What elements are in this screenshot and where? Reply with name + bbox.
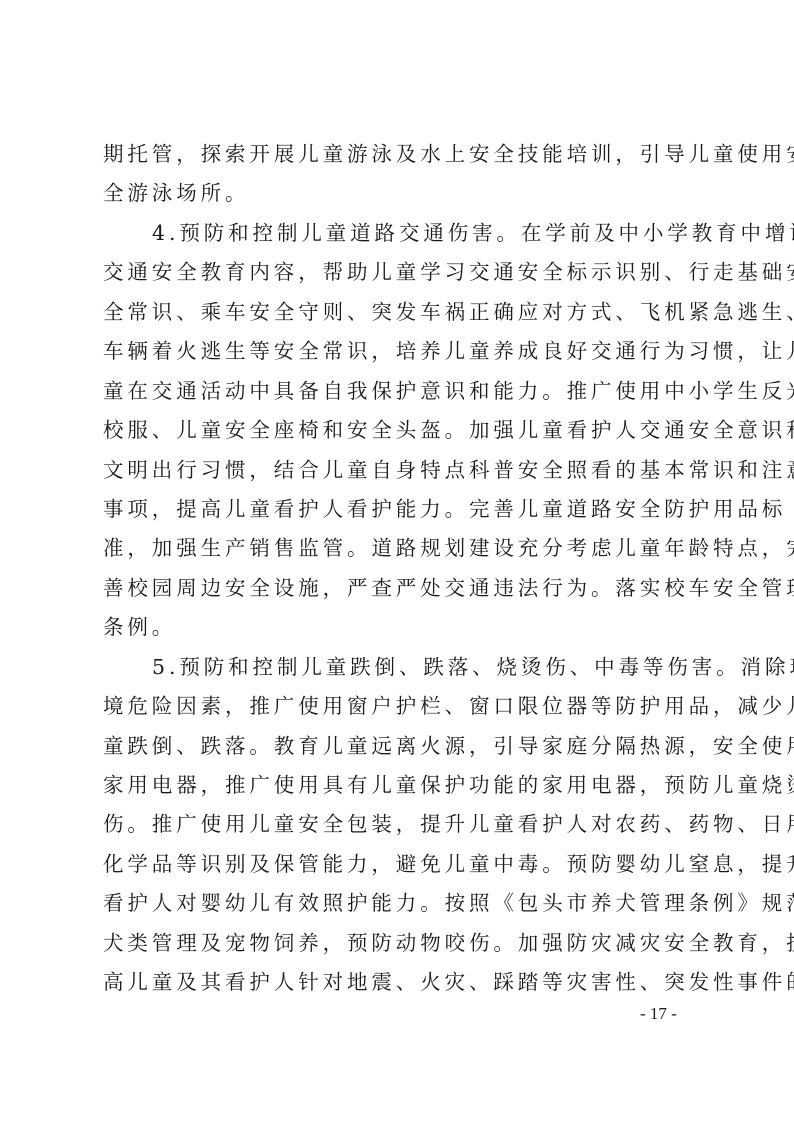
text-line: 高儿童及其看护人针对地震、火灾、踩踏等灾害性、突发性事件的 xyxy=(103,963,693,1002)
text-line: 童在交通活动中具备自我保护意识和能力。推广使用中小学生反光 xyxy=(103,372,693,411)
text-line: 车辆着火逃生等安全常识，培养儿童养成良好交通行为习惯，让儿 xyxy=(103,332,693,371)
text-line: 善校园周边安全设施，严查严处交通违法行为。落实校车安全管理 xyxy=(103,569,693,608)
text-line: 交通安全教育内容，帮助儿童学习交通安全标示识别、行走基础安 xyxy=(103,253,693,292)
text-line: 期托管，探索开展儿童游泳及水上安全技能培训，引导儿童使用安 xyxy=(103,135,693,174)
text-line: 条例。 xyxy=(103,608,693,647)
section-heading-line: 4.预防和控制儿童道路交通伤害。在学前及中小学教育中增设 xyxy=(103,214,693,253)
text-line: 全游泳场所。 xyxy=(103,174,693,213)
text-line: 校服、儿童安全座椅和安全头盔。加强儿童看护人交通安全意识和 xyxy=(103,411,693,450)
text-line: 犬类管理及宠物饲养，预防动物咬伤。加强防灾减灾安全教育，提 xyxy=(103,924,693,963)
text-line: 境危险因素，推广使用窗户护栏、窗口限位器等防护用品，减少儿 xyxy=(103,687,693,726)
text-line: 事项，提高儿童看护人看护能力。完善儿童道路安全防护用品标 xyxy=(103,490,693,529)
text-line: 文明出行习惯，结合儿童自身特点科普安全照看的基本常识和注意 xyxy=(103,451,693,490)
page-number: - 17 - xyxy=(640,1004,700,1024)
text-line: 伤。推广使用儿童安全包装，提升儿童看护人对农药、药物、日用 xyxy=(103,805,693,844)
text-line: 化学品等识别及保管能力，避免儿童中毒。预防婴幼儿窒息，提升 xyxy=(103,845,693,884)
text-line: 看护人对婴幼儿有效照护能力。按照《包头市养犬管理条例》规范 xyxy=(103,884,693,923)
document-page: 期托管，探索开展儿童游泳及水上安全技能培训，引导儿童使用安 全游泳场所。 4.预… xyxy=(0,0,794,1122)
section-heading-line: 5.预防和控制儿童跌倒、跌落、烧烫伤、中毒等伤害。消除环 xyxy=(103,648,693,687)
text-line: 童跌倒、跌落。教育儿童远离火源，引导家庭分隔热源，安全使用 xyxy=(103,727,693,766)
body-text: 期托管，探索开展儿童游泳及水上安全技能培训，引导儿童使用安 全游泳场所。 4.预… xyxy=(103,135,693,1003)
text-line: 全常识、乘车安全守则、突发车祸正确应对方式、飞机紧急逃生、 xyxy=(103,293,693,332)
text-line: 家用电器，推广使用具有儿童保护功能的家用电器，预防儿童烧烫 xyxy=(103,766,693,805)
text-line: 准，加强生产销售监管。道路规划建设充分考虑儿童年龄特点，完 xyxy=(103,529,693,568)
